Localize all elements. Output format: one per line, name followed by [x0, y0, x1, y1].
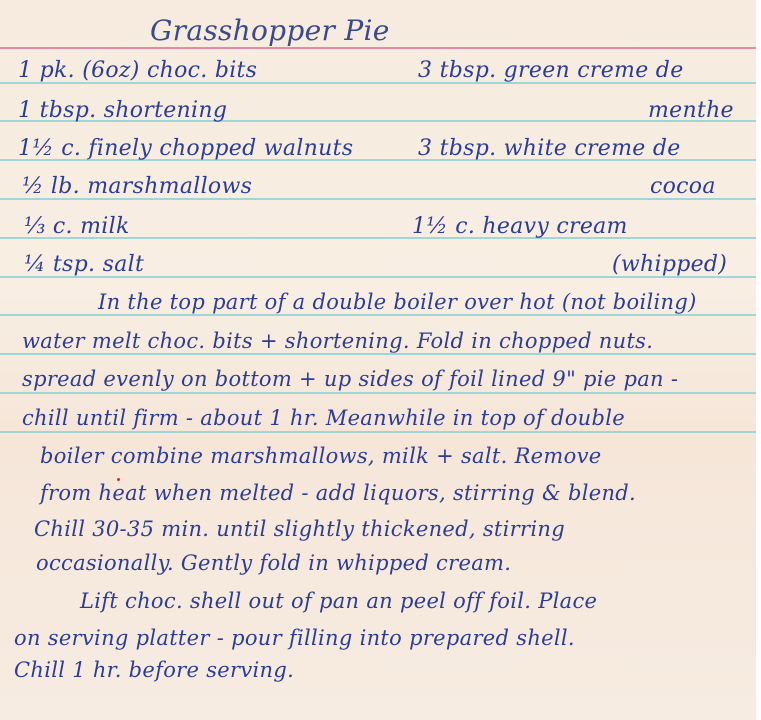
ingredient-left: 1 tbsp. shortening	[18, 100, 227, 122]
ingredient-right: menthe	[648, 100, 734, 122]
ingredient-right: 3 tbsp. green creme de	[418, 60, 684, 82]
direction-line: chill until firm - about 1 hr. Meanwhile…	[22, 408, 625, 429]
direction-line: occasionally. Gently fold in whipped cre…	[36, 553, 511, 574]
ruled-line	[0, 392, 756, 394]
direction-line: on serving platter - pour filling into p…	[14, 628, 575, 649]
direction-line: Lift choc. shell out of pan an peel off …	[80, 591, 597, 612]
ingredient-left: ⅓ c. milk	[24, 216, 130, 238]
ingredient-left: 1 pk. (6oz) choc. bits	[18, 60, 257, 82]
ingredient-left: 1½ c. finely chopped walnuts	[18, 138, 353, 160]
ingredient-right: 3 tbsp. white creme de	[418, 138, 681, 160]
ruled-line	[0, 353, 756, 355]
direction-line: from heat when melted - add liquors, sti…	[40, 483, 636, 504]
ingredient-left: ¼ tsp. salt	[24, 254, 144, 276]
ruled-line	[0, 431, 756, 433]
ingredient-right: 1½ c. heavy cream	[412, 216, 628, 238]
direction-line: water melt choc. bits + shortening. Fold…	[22, 331, 653, 352]
ruled-line	[0, 314, 756, 316]
direction-line: spread evenly on bottom + up sides of fo…	[22, 369, 678, 390]
recipe-card: Grasshopper Pie 1 pk. (6oz) choc. bits 1…	[0, 0, 756, 720]
ingredient-right: (whipped)	[612, 254, 727, 276]
direction-line: boiler combine marshmallows, milk + salt…	[40, 446, 601, 467]
direction-line: Chill 1 hr. before serving.	[14, 660, 294, 681]
ingredient-left: ½ lb. marshmallows	[22, 176, 252, 198]
header-rule	[0, 47, 756, 49]
red-ink-dot	[117, 478, 120, 481]
direction-line: Chill 30-35 min. until slightly thickene…	[34, 519, 565, 540]
ingredient-right: cocoa	[650, 176, 716, 198]
recipe-title: Grasshopper Pie	[150, 17, 390, 45]
direction-line: In the top part of a double boiler over …	[98, 292, 697, 313]
